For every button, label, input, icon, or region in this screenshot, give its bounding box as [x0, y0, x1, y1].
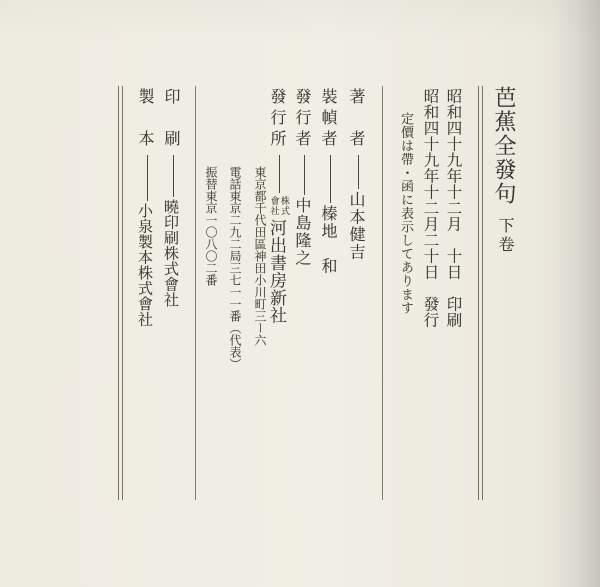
publisher-label: 發行者 [293, 88, 310, 151]
author-label: 著 者 [347, 88, 364, 151]
publishing-house-column: 發行所株式會社河出書房新社 [268, 88, 290, 324]
title-column: 芭蕉全發句下卷 [493, 86, 515, 255]
publishing-house-name: 河出書房新社 [267, 219, 286, 324]
mid-left-rule [195, 86, 196, 500]
author-name: 山本健吉 [347, 191, 364, 261]
publishing-house-label: 發行所 [268, 88, 285, 151]
printer-label: 印 刷 [162, 88, 179, 151]
photo-edge-shadow-right [554, 0, 600, 587]
designer-label: 裝幀者 [319, 88, 336, 151]
right-double-rule-inner [478, 86, 479, 500]
printed-date: 昭和四十九年十二月 十日 印刷 [445, 88, 461, 328]
company-prefix: 株式會社 [269, 196, 290, 217]
designer-column: 裝幀者榛地 和 [319, 88, 335, 275]
published-date: 昭和四十九年十二月二十日 發行 [422, 88, 438, 328]
binder-name: 小泉製本株式會社 [136, 203, 152, 327]
leader-line [173, 155, 175, 197]
colophon-page: 芭蕉全發句下卷 昭和四十九年十二月 十日 印刷 昭和四十九年十二月二十日 發行 … [0, 0, 600, 587]
leader-line [147, 155, 149, 201]
leader-line [304, 155, 306, 195]
printer-column: 印 刷曉印刷株式會社 [162, 88, 178, 308]
right-double-rule-outer [482, 86, 483, 500]
price-note: 定價は帶・函に表示してあります [400, 112, 413, 315]
mid-right-rule [382, 86, 383, 500]
author-column: 著 者山本健吉 [347, 88, 363, 261]
book-title: 芭蕉全發句 [492, 86, 517, 206]
publisher-address: 東京都千代田區神田小川町三ー六 [254, 166, 266, 346]
designer-name: 榛地 和 [319, 205, 336, 275]
publisher-phone: 電話東京二九二局三七一一番（代表） [229, 166, 241, 370]
photo-edge-shadow-top [0, 0, 600, 40]
left-double-rule-outer [118, 86, 119, 500]
publisher-postal-transfer: 振替東京一〇八〇二番 [205, 166, 217, 286]
leader-line [358, 155, 360, 189]
leader-line [330, 155, 332, 203]
publisher-name: 中島隆之 [293, 197, 310, 267]
publisher-column: 發行者中島隆之 [293, 88, 309, 267]
binder-column: 製 本小泉製本株式會社 [136, 88, 152, 327]
binder-label: 製 本 [136, 88, 153, 151]
left-double-rule-inner [122, 86, 123, 500]
leader-line [279, 155, 281, 193]
book-volume: 下卷 [496, 217, 513, 255]
printer-name: 曉印刷株式會社 [162, 199, 178, 308]
